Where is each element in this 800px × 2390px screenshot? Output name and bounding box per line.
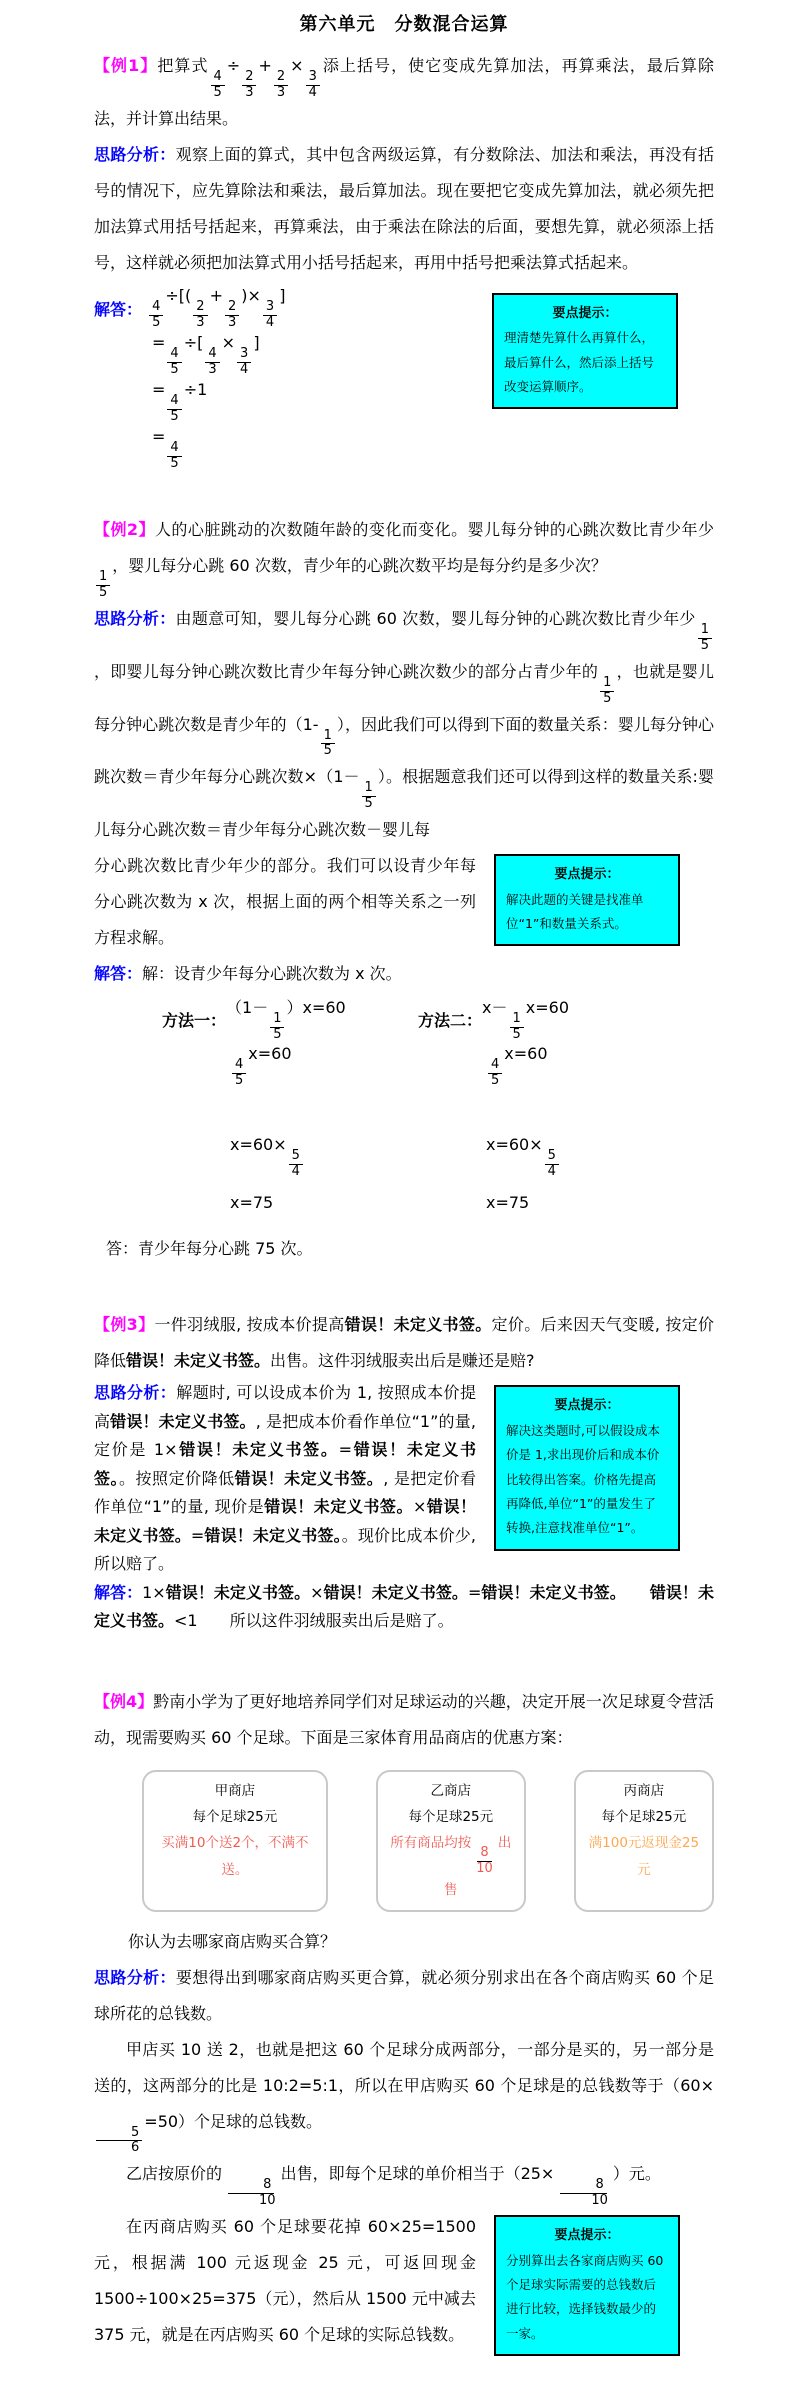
method-1-line: x=75 [162, 1181, 418, 1225]
tip-box-2-title: 要点提示： [506, 862, 668, 887]
example-2-analysis-text2: 分心跳次数比青少年少的部分。我们可以设青少年每分心跳次数为 x 次，根据上面的两… [94, 856, 476, 947]
example-1-solution-block: 解答： 45÷[(23+23)×34] =45÷[43×34] =45÷1 =4… [94, 285, 714, 474]
method-1-line: x=60×54 [162, 1135, 418, 1180]
example-2-wrap-area: 要点提示： 解决此题的关键是找准单位“1”和数量关系式。 分心跳次数比青少年少的… [94, 848, 714, 992]
page-title: 第六单元 分数混合运算 [94, 10, 714, 36]
example-4-problem: 【例4】黔南小学为了更好地培养同学们对足球运动的兴趣，决定开展一次足球夏令营活动… [94, 1684, 714, 1756]
store-jia-name: 甲商店 [156, 1778, 314, 1804]
store-offers-row: 甲商店 每个足球25元 买满10个送2个，不满不送。 乙商店 每个足球25元 所… [142, 1770, 714, 1912]
solution-line-text: =45 [152, 427, 184, 472]
solution-line: 解答： 45÷[(23+23)×34] [94, 286, 478, 332]
tip-box-4-title: 要点提示： [506, 2223, 668, 2248]
method-1-eq: 45x=60 [230, 1044, 292, 1089]
store-card-bing: 丙商店 每个足球25元 满100元返现金25元 [574, 1770, 714, 1912]
tip-box-1-title: 要点提示： [504, 301, 666, 326]
solution-line: =45 [94, 427, 478, 473]
store-jia-price: 每个足球25元 [156, 1804, 314, 1830]
example-1-section: 【例1】把算式45÷23+23×34添上括号，使它变成先算加法，再算乘法，最后算… [94, 48, 714, 474]
method-2: 方法二：x－15x=60 45x=60 x=60×54 x=75 [418, 994, 674, 1226]
example-2-analysis-text1: 由题意可知，婴儿每分心跳 60 次数，婴儿每分钟的心跳次数比青少年少15，即婴儿… [94, 609, 714, 840]
method-1-eq: x=60×54 [230, 1135, 305, 1180]
answer-label-3: 解答： [94, 1583, 142, 1602]
example-3-label: 【例3】 [94, 1315, 154, 1334]
tip-box-2: 要点提示： 解决此题的关键是找准单位“1”和数量关系式。 [494, 854, 680, 946]
store-bing-name: 丙商店 [588, 1778, 700, 1804]
example-3-wrap-area: 要点提示： 解决这类题时,可以假设成本价是 1,求出现价后和成本价比较得出答案。… [94, 1379, 714, 1635]
method-2-line: 方法二：x－15x=60 [418, 995, 674, 1043]
answer-label-2: 解答： [94, 964, 142, 983]
method-2-line: 45x=60 [418, 1044, 674, 1089]
store-bing-promo: 满100元返现金25元 [588, 1830, 700, 1883]
example-2-problem-text: 人的心脏跳动的次数随年龄的变化而变化。婴儿每分钟的心跳次数比青少年少15，婴儿每… [94, 520, 714, 575]
store-card-jia: 甲商店 每个足球25元 买满10个送2个，不满不送。 [142, 1770, 328, 1912]
store-yi-name: 乙商店 [390, 1778, 512, 1804]
store-card-yi: 乙商店 每个足球25元 所有商品均按810出售 [376, 1770, 526, 1912]
example-4-problem-text: 黔南小学为了更好地培养同学们对足球运动的兴趣，决定开展一次足球夏令营活动，现需要… [94, 1692, 714, 1747]
solution-line-text: =45÷[43×34] [152, 333, 260, 378]
method-1-label: 方法一： [162, 1008, 226, 1031]
example-4-label: 【例4】 [94, 1692, 153, 1711]
store-yi-promo: 所有商品均按810出售 [390, 1830, 512, 1903]
example-3-solution-text: 1×错误！未定义书签。×错误！未定义书签。=错误！未定义书签。 错误！未定义书签… [94, 1583, 714, 1630]
example-4-store-jia-paragraph: 甲店买 10 送 2，也就是把这 60 个足球分成两部分，一部分是买的，另一部分… [94, 2032, 714, 2157]
tip-box-4-text: 分别算出去各家商店购买 60 个足球实际需要的总钱数后进行比较，选择钱数最少的一… [506, 2249, 668, 2347]
method-2-line: x=75 [418, 1181, 674, 1225]
analysis-label-2: 思路分析： [94, 609, 176, 628]
example-4-store-yi-text: 乙店按原价的810出售，即每个足球的单价相当于（25×810）元。 [126, 2164, 661, 2183]
analysis-label-3: 思路分析： [94, 1383, 176, 1402]
example-1-label: 【例1】 [94, 56, 157, 75]
example-4-section: 【例4】黔南小学为了更好地培养同学们对足球运动的兴趣，决定开展一次足球夏令营活动… [94, 1684, 714, 2366]
example-3-problem: 【例3】一件羽绒服, 按成本价提高错误！未定义书签。定价。后来因天气变暖, 按定… [94, 1307, 714, 1379]
method-2-eq: x=75 [486, 1193, 529, 1212]
example-3-analysis-text: 解题时, 可以设成本价为 1, 按照成本价提高错误！未定义书签。, 是把成本价看… [94, 1383, 476, 1573]
example-1-analysis: 思路分析：观察上面的算式，其中包含两级运算，有分数除法、加法和乘法，再没有括号的… [94, 137, 714, 281]
analysis-label-1: 思路分析： [94, 145, 176, 164]
example-2-section: 【例2】人的心脏跳动的次数随年龄的变化而变化。婴儿每分钟的心跳次数比青少年少15… [94, 512, 714, 1266]
store-bing-price: 每个足球25元 [588, 1804, 700, 1830]
example-2-label: 【例2】 [94, 520, 155, 539]
store-yi-price: 每个足球25元 [390, 1804, 512, 1830]
example-3-problem-text: 一件羽绒服, 按成本价提高错误！未定义书签。定价。后来因天气变暖, 按定价降低错… [94, 1315, 714, 1370]
tip-box-4: 要点提示： 分别算出去各家商店购买 60 个足球实际需要的总钱数后进行比较，选择… [494, 2215, 680, 2356]
example-2-problem: 【例2】人的心脏跳动的次数随年龄的变化而变化。婴儿每分钟的心跳次数比青少年少15… [94, 512, 714, 601]
analysis-label-4: 思路分析： [94, 1968, 176, 1987]
example-4-store-bing-text: 在丙商店购买 60 个足球要花掉 60×25=1500 元，根据满 100 元返… [94, 2217, 476, 2344]
example-3-section: 【例3】一件羽绒服, 按成本价提高错误！未定义书签。定价。后来因天气变暖, 按定… [94, 1307, 714, 1635]
example-1-problem-text: 把算式45÷23+23×34添上括号，使它变成先算加法，再算乘法，最后算除法，并… [94, 56, 714, 128]
example-4-wrap-area: 要点提示： 分别算出去各家商店购买 60 个足球实际需要的总钱数后进行比较，选择… [94, 2209, 714, 2366]
tip-box-2-text: 解决此题的关键是找准单位“1”和数量关系式。 [506, 888, 668, 937]
method-1: 方法一：（1－15）x=60 45x=60 x=60×54 x=75 [162, 994, 418, 1226]
method-2-eq: x－15x=60 [482, 995, 569, 1043]
example-4-analysis: 思路分析：要想得出到哪家商店购买更合算，就必须分别求出在各个商店购买 60 个足… [94, 1960, 714, 2032]
method-1-line: 方法一：（1－15）x=60 [162, 995, 418, 1043]
solution-line-text: =45÷1 [152, 380, 207, 425]
solution-line-text: 45÷[(23+23)×34] [147, 286, 285, 331]
example-3-solution: 解答：1×错误！未定义书签。×错误！未定义书签。=错误！未定义书签。 错误！未定… [94, 1579, 714, 1636]
example-1-problem: 【例1】把算式45÷23+23×34添上括号，使它变成先算加法，再算乘法，最后算… [94, 48, 714, 137]
method-2-label: 方法二： [418, 1008, 482, 1031]
method-2-eq: x=60×54 [486, 1135, 561, 1180]
example-2-analysis-part1: 思路分析：由题意可知，婴儿每分心跳 60 次数，婴儿每分钟的心跳次数比青少年少1… [94, 601, 714, 849]
store-jia-promo: 买满10个送2个，不满不送。 [156, 1830, 314, 1883]
method-2-eq: 45x=60 [486, 1044, 548, 1089]
example-4-store-yi-paragraph: 乙店按原价的810出售，即每个足球的单价相当于（25×810）元。 [94, 2156, 714, 2209]
method-2-line: x=60×54 [418, 1135, 674, 1180]
solution-line: =45÷1 [94, 380, 478, 426]
example-4-analysis-text: 要想得出到哪家商店购买更合算，就必须分别求出在各个商店购买 60 个足球所花的总… [94, 1968, 714, 2023]
solution-line: =45÷[43×34] [94, 333, 478, 379]
example-2-solution-intro-text: 解：设青少年每分心跳次数为 x 次。 [142, 964, 402, 983]
method-1-line: 45x=60 [162, 1044, 418, 1089]
example-4-store-jia-text: 甲店买 10 送 2，也就是把这 60 个足球分成两部分，一部分是买的，另一部分… [94, 2040, 714, 2131]
example-2-answer-sentence: 答：青少年每分心跳 75 次。 [94, 1232, 714, 1266]
example-1-solution-lines: 解答： 45÷[(23+23)×34] =45÷[43×34] =45÷1 =4… [94, 285, 478, 474]
example-4-question: 你认为去哪家商店购买合算？ [94, 1924, 714, 1960]
example-2-methods: 方法一：（1－15）x=60 45x=60 x=60×54 x=75 方法二：x… [162, 994, 714, 1226]
method-1-eq: （1－15）x=60 [226, 995, 346, 1043]
tip-box-3: 要点提示： 解决这类题时,可以假设成本价是 1,求出现价后和成本价比较得出答案。… [494, 1385, 680, 1550]
tip-box-3-text: 解决这类题时,可以假设成本价是 1,求出现价后和成本价比较得出答案。价格先提高再… [506, 1419, 668, 1541]
tip-box-3-title: 要点提示： [506, 1393, 668, 1418]
tip-box-1-text: 理清楚先算什么再算什么，最后算什么，然后添上括号改变运算顺序。 [504, 326, 666, 399]
example-2-solution-intro: 解答：解：设青少年每分心跳次数为 x 次。 [94, 956, 714, 992]
answer-label-1: 解答： [94, 297, 142, 320]
method-1-eq: x=75 [230, 1193, 273, 1212]
worksheet-page: 第六单元 分数混合运算 【例1】把算式45÷23+23×34添上括号，使它变成先… [0, 0, 800, 2390]
tip-box-1: 要点提示： 理清楚先算什么再算什么，最后算什么，然后添上括号改变运算顺序。 [492, 293, 678, 409]
example-1-analysis-text: 观察上面的算式，其中包含两级运算，有分数除法、加法和乘法，再没有括号的情况下，应… [94, 145, 714, 272]
